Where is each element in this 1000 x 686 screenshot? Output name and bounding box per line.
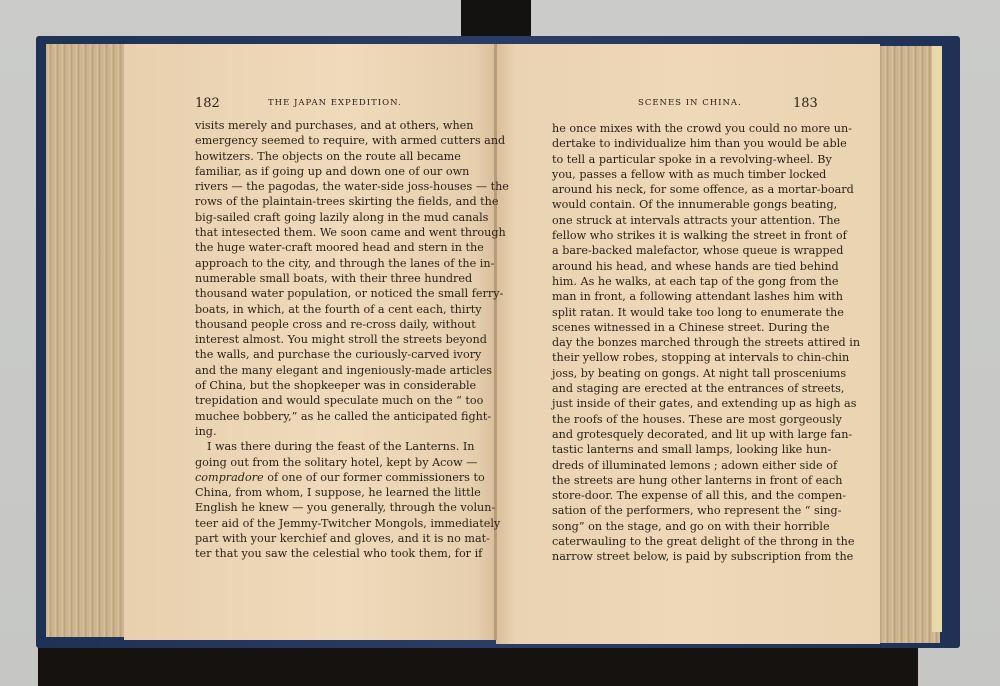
left-page-edges	[46, 44, 126, 637]
text-line: ter that you saw the celestial who took …	[195, 546, 455, 561]
text-line: one struck at intervals attracts your at…	[552, 213, 812, 228]
text-line: the walls, and purchase the curiously-ca…	[195, 347, 455, 362]
text-line: rivers — the pagodas, the water-side jos…	[195, 179, 455, 194]
text-line: big-sailed craft going lazily along in t…	[195, 210, 455, 225]
text-line: split ratan. It would take too long to e…	[552, 305, 812, 320]
text-line: caterwauling to the great delight of the…	[552, 534, 812, 549]
text-line: approach to the city, and through the la…	[195, 256, 455, 271]
text-line: would contain. Of the innumerable gongs …	[552, 197, 812, 212]
book-scan: 182 THE JAPAN EXPEDITION. SCENES IN CHIN…	[0, 0, 1000, 686]
text-line: thousand water population, or noticed th…	[195, 286, 455, 301]
endpaper	[932, 46, 942, 632]
text-line: the roofs of the houses. These are most …	[552, 412, 812, 427]
text-line: thousand people cross and re-cross daily…	[195, 317, 455, 332]
text-line: around his neck, for some offence, as a …	[552, 182, 812, 197]
text-line: narrow street below, is paid by subscrip…	[552, 549, 812, 564]
text-line: English he knew — you generally, through…	[195, 500, 455, 515]
text-line: the streets are hung other lanterns in f…	[552, 473, 812, 488]
right-page-text: he once mixes with the crowd you could n…	[552, 121, 812, 565]
text-line: dreds of illuminated lemons ; adown eith…	[552, 458, 812, 473]
text-line: numerable small boats, with their three …	[195, 271, 455, 286]
text-line: boats, in which, at the fourth of a cent…	[195, 302, 455, 317]
left-page-number: 182	[195, 96, 220, 111]
left-page-text: visits merely and purchases, and at othe…	[195, 118, 455, 562]
text-line: trepidation and would speculate much on …	[195, 393, 455, 408]
text-line: the huge water-craft moored head and ste…	[195, 240, 455, 255]
text-line: a bare-backed malefactor, whose queue is…	[552, 243, 812, 258]
text-line: joss, by beating on gongs. At night tall…	[552, 366, 812, 381]
text-line: just inside of their gates, and extendin…	[552, 396, 812, 411]
text-line: going out from the solitary hotel, kept …	[195, 455, 455, 470]
text-line: around his head, and whese hands are tie…	[552, 259, 812, 274]
right-page-edges	[876, 46, 940, 643]
text-line: scenes witnessed in a Chinese street. Du…	[552, 320, 812, 335]
text-line: muchee bobbery,” as he called the antici…	[195, 409, 455, 424]
text-line: ing.	[195, 424, 455, 439]
right-page-number: 183	[793, 96, 818, 111]
text-line: him. As he walks, at each tap of the gon…	[552, 274, 812, 289]
text-line: sation of the performers, who represent …	[552, 503, 812, 518]
text-line: of China, but the shopkeeper was in cons…	[195, 378, 455, 393]
text-line: and the many elegant and ingeniously-mad…	[195, 363, 455, 378]
text-line: rows of the plaintain-trees skirting the…	[195, 194, 455, 209]
italic-word: compradore	[195, 471, 264, 484]
text-line: fellow who strikes it is walking the str…	[552, 228, 812, 243]
text-line: he once mixes with the crowd you could n…	[552, 121, 812, 136]
text-line: store-door. The expense of all this, and…	[552, 488, 812, 503]
text-line: teer aid of the Jemmy-Twitcher Mongols, …	[195, 516, 455, 531]
paragraph-start-line: I was there during the feast of the Lant…	[195, 439, 455, 454]
text-line: howitzers. The objects on the route all …	[195, 149, 455, 164]
text-line: and staging are erected at the entrances…	[552, 381, 812, 396]
right-running-head: SCENES IN CHINA.	[638, 98, 742, 108]
text-line: and grotesquely decorated, and lit up wi…	[552, 427, 812, 442]
text-fragment: of one of our former commissioners to	[264, 471, 485, 484]
text-line: tastic lanterns and small lamps, looking…	[552, 442, 812, 457]
text-line: song” on the stage, and go on with their…	[552, 519, 812, 534]
text-line: China, from whom, I suppose, he learned …	[195, 485, 455, 500]
left-running-head: THE JAPAN EXPEDITION.	[268, 98, 402, 108]
text-line: day the bonzes marched through the stree…	[552, 335, 812, 350]
text-line: familiar, as if going up and down one of…	[195, 164, 455, 179]
text-line: emergency seemed to require, with armed …	[195, 133, 455, 148]
text-line: that intesected them. We soon came and w…	[195, 225, 455, 240]
text-line: interest almost. You might stroll the st…	[195, 332, 455, 347]
text-line: to tell a particular spoke in a revolvin…	[552, 152, 812, 167]
text-line: visits merely and purchases, and at othe…	[195, 118, 455, 133]
text-line: part with your kerchief and gloves, and …	[195, 531, 455, 546]
text-line: their yellow robes, stopping at interval…	[552, 350, 812, 365]
text-line: man in front, a following attendant lash…	[552, 289, 812, 304]
text-line: dertake to individualize him than you wo…	[552, 136, 812, 151]
text-line: you, passes a fellow with as much timber…	[552, 167, 812, 182]
text-line: compradore of one of our former commissi…	[195, 470, 455, 485]
